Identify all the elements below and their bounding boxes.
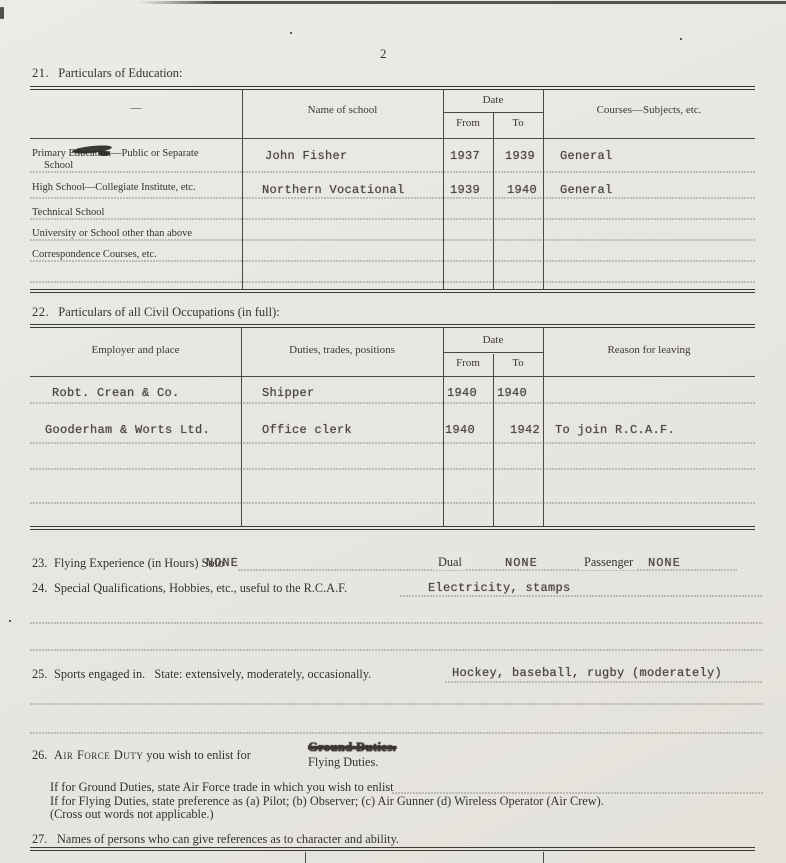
edu-to-value: 1940 [507, 183, 537, 197]
air-force-duty-text: Air Force Duty [54, 748, 143, 762]
row-rule [30, 239, 755, 241]
occ-header-reason: Reason for leaving [543, 344, 755, 356]
section-21-number: 21. [32, 66, 49, 80]
table-bottom-rule [30, 289, 755, 293]
row-rule [30, 171, 755, 173]
scan-edge-mark [0, 7, 4, 19]
scanned-form-page: { "page": { "number": "2" }, "s21": { "n… [0, 0, 786, 863]
date-subheader-rule [443, 352, 543, 353]
occ-from-value: 1940 [445, 423, 475, 437]
edu-school-value: Northern Vocational [262, 183, 405, 197]
section-23-number: 23. [32, 556, 47, 571]
edu-header-school: Name of school [242, 104, 443, 116]
edu-header-dash: — [30, 102, 242, 114]
edu-header-courses: Courses—Subjects, etc. [543, 104, 755, 116]
section-24-number: 24. [32, 581, 47, 596]
education-table: — Name of school Date From To Courses—Su… [30, 86, 755, 293]
column-divider [543, 852, 544, 863]
section-21-heading: 21. Particulars of Education: [32, 66, 183, 81]
scan-edge-line [138, 1, 786, 4]
section-25-label: Sports engaged in. State: extensively, m… [54, 667, 371, 682]
occ-from-value: 1940 [447, 386, 477, 400]
column-divider [305, 852, 306, 863]
scan-speck [290, 32, 292, 34]
row-rule [30, 260, 755, 262]
occ-header-date: Date [443, 334, 543, 346]
column-divider [493, 113, 494, 289]
section-22-title: Particulars of all Civil Occupations (in… [58, 305, 279, 319]
table-top-rule [30, 86, 755, 90]
edu-courses-value: General [560, 149, 613, 163]
edu-school-value: John Fisher [265, 149, 348, 163]
blank-rule [30, 703, 763, 705]
ground-duties-note: If for Ground Duties, state Air Force tr… [50, 780, 394, 795]
blank-rule [30, 732, 763, 734]
fill-in-rule [445, 681, 763, 683]
row-rule [30, 502, 755, 504]
flying-dual-label: Dual [434, 554, 466, 570]
occ-header-from: From [443, 357, 493, 369]
references-table-top-rule [30, 847, 755, 851]
option-flying-duties: Flying Duties. [308, 755, 378, 770]
occ-employer-value: Gooderham & Worts Ltd. [45, 423, 210, 437]
edu-row-label: Correspondence Courses, etc. [32, 249, 157, 260]
section-27-label: Names of persons who can give references… [57, 832, 399, 847]
row-rule [30, 218, 755, 220]
section-27-number: 27. [32, 832, 47, 847]
cross-out-note: (Cross out words not applicable.) [50, 807, 214, 822]
flying-passenger-label: Passenger [580, 554, 637, 570]
enlist-for-text: you wish to enlist for [143, 748, 251, 762]
occ-to-value: 1940 [497, 386, 527, 400]
edu-to-value: 1939 [505, 149, 535, 163]
table-bottom-rule [30, 526, 755, 530]
column-divider [543, 328, 544, 526]
occupations-table: Employer and place Duties, trades, posit… [30, 324, 755, 530]
edu-from-value: 1939 [450, 183, 480, 197]
section-21-title: Particulars of Education: [58, 66, 182, 80]
header-bottom-rule [30, 138, 755, 139]
flying-passenger-label-text: Passenger [580, 554, 637, 570]
scan-speck [680, 38, 682, 40]
occ-duties-value: Shipper [262, 386, 315, 400]
edu-row-label: Primary Education—Public or Separate [32, 148, 199, 159]
section-26-label: Air Force Duty you wish to enlist for [54, 748, 251, 763]
ink-smudge [98, 151, 110, 156]
row-rule [30, 197, 755, 199]
option-ground-duties: Ground Duties. [308, 740, 396, 755]
occ-to-value: 1942 [510, 423, 540, 437]
section-22-number: 22. [32, 305, 49, 319]
occ-header-to: To [493, 357, 543, 369]
page-number: 2 [380, 46, 387, 62]
edu-row-label: School [44, 160, 73, 171]
flying-passenger-value: NONE [648, 556, 681, 570]
header-bottom-rule [30, 376, 755, 377]
section-24-label: Special Qualifications, Hobbies, etc., u… [54, 581, 347, 596]
scan-speck [9, 620, 11, 622]
section-26-number: 26. [32, 748, 47, 763]
section-23-label: Flying Experience (in Hours) Solo [54, 556, 224, 571]
section-25-number: 25. [32, 667, 47, 682]
section-22-heading: 22. Particulars of all Civil Occupations… [32, 305, 280, 320]
column-divider [493, 354, 494, 526]
date-subheader-rule [443, 112, 543, 113]
column-divider [241, 328, 242, 526]
occ-employer-value: Robt. Crean & Co. [52, 386, 180, 400]
occ-header-duties: Duties, trades, positions [241, 344, 443, 356]
occ-header-employer: Employer and place [30, 344, 241, 356]
sports-value: Hockey, baseball, rugby (moderately) [452, 666, 722, 680]
edu-courses-value: General [560, 183, 613, 197]
row-rule [30, 442, 755, 444]
flying-solo-value: NONE [206, 556, 239, 570]
fill-in-rule [400, 595, 763, 597]
edu-row-label: Technical School [32, 207, 104, 218]
table-top-rule [30, 324, 755, 328]
occ-duties-value: Office clerk [262, 423, 352, 437]
flying-dual-label-text: Dual [434, 554, 466, 570]
edu-header-from: From [443, 117, 493, 129]
blank-rule [30, 622, 763, 624]
edu-header-to: To [493, 117, 543, 129]
row-rule [30, 468, 755, 470]
blank-rule [30, 649, 763, 651]
flying-dual-value: NONE [505, 556, 538, 570]
edu-row-label: High School—Collegiate Institute, etc. [32, 182, 196, 193]
qualifications-value: Electricity, stamps [428, 581, 571, 595]
edu-header-date: Date [443, 94, 543, 106]
edu-row-label: University or School other than above [32, 228, 192, 239]
edu-from-value: 1937 [450, 149, 480, 163]
occ-reason-value: To join R.C.A.F. [555, 423, 675, 437]
row-rule [30, 281, 755, 283]
row-rule [30, 402, 755, 404]
